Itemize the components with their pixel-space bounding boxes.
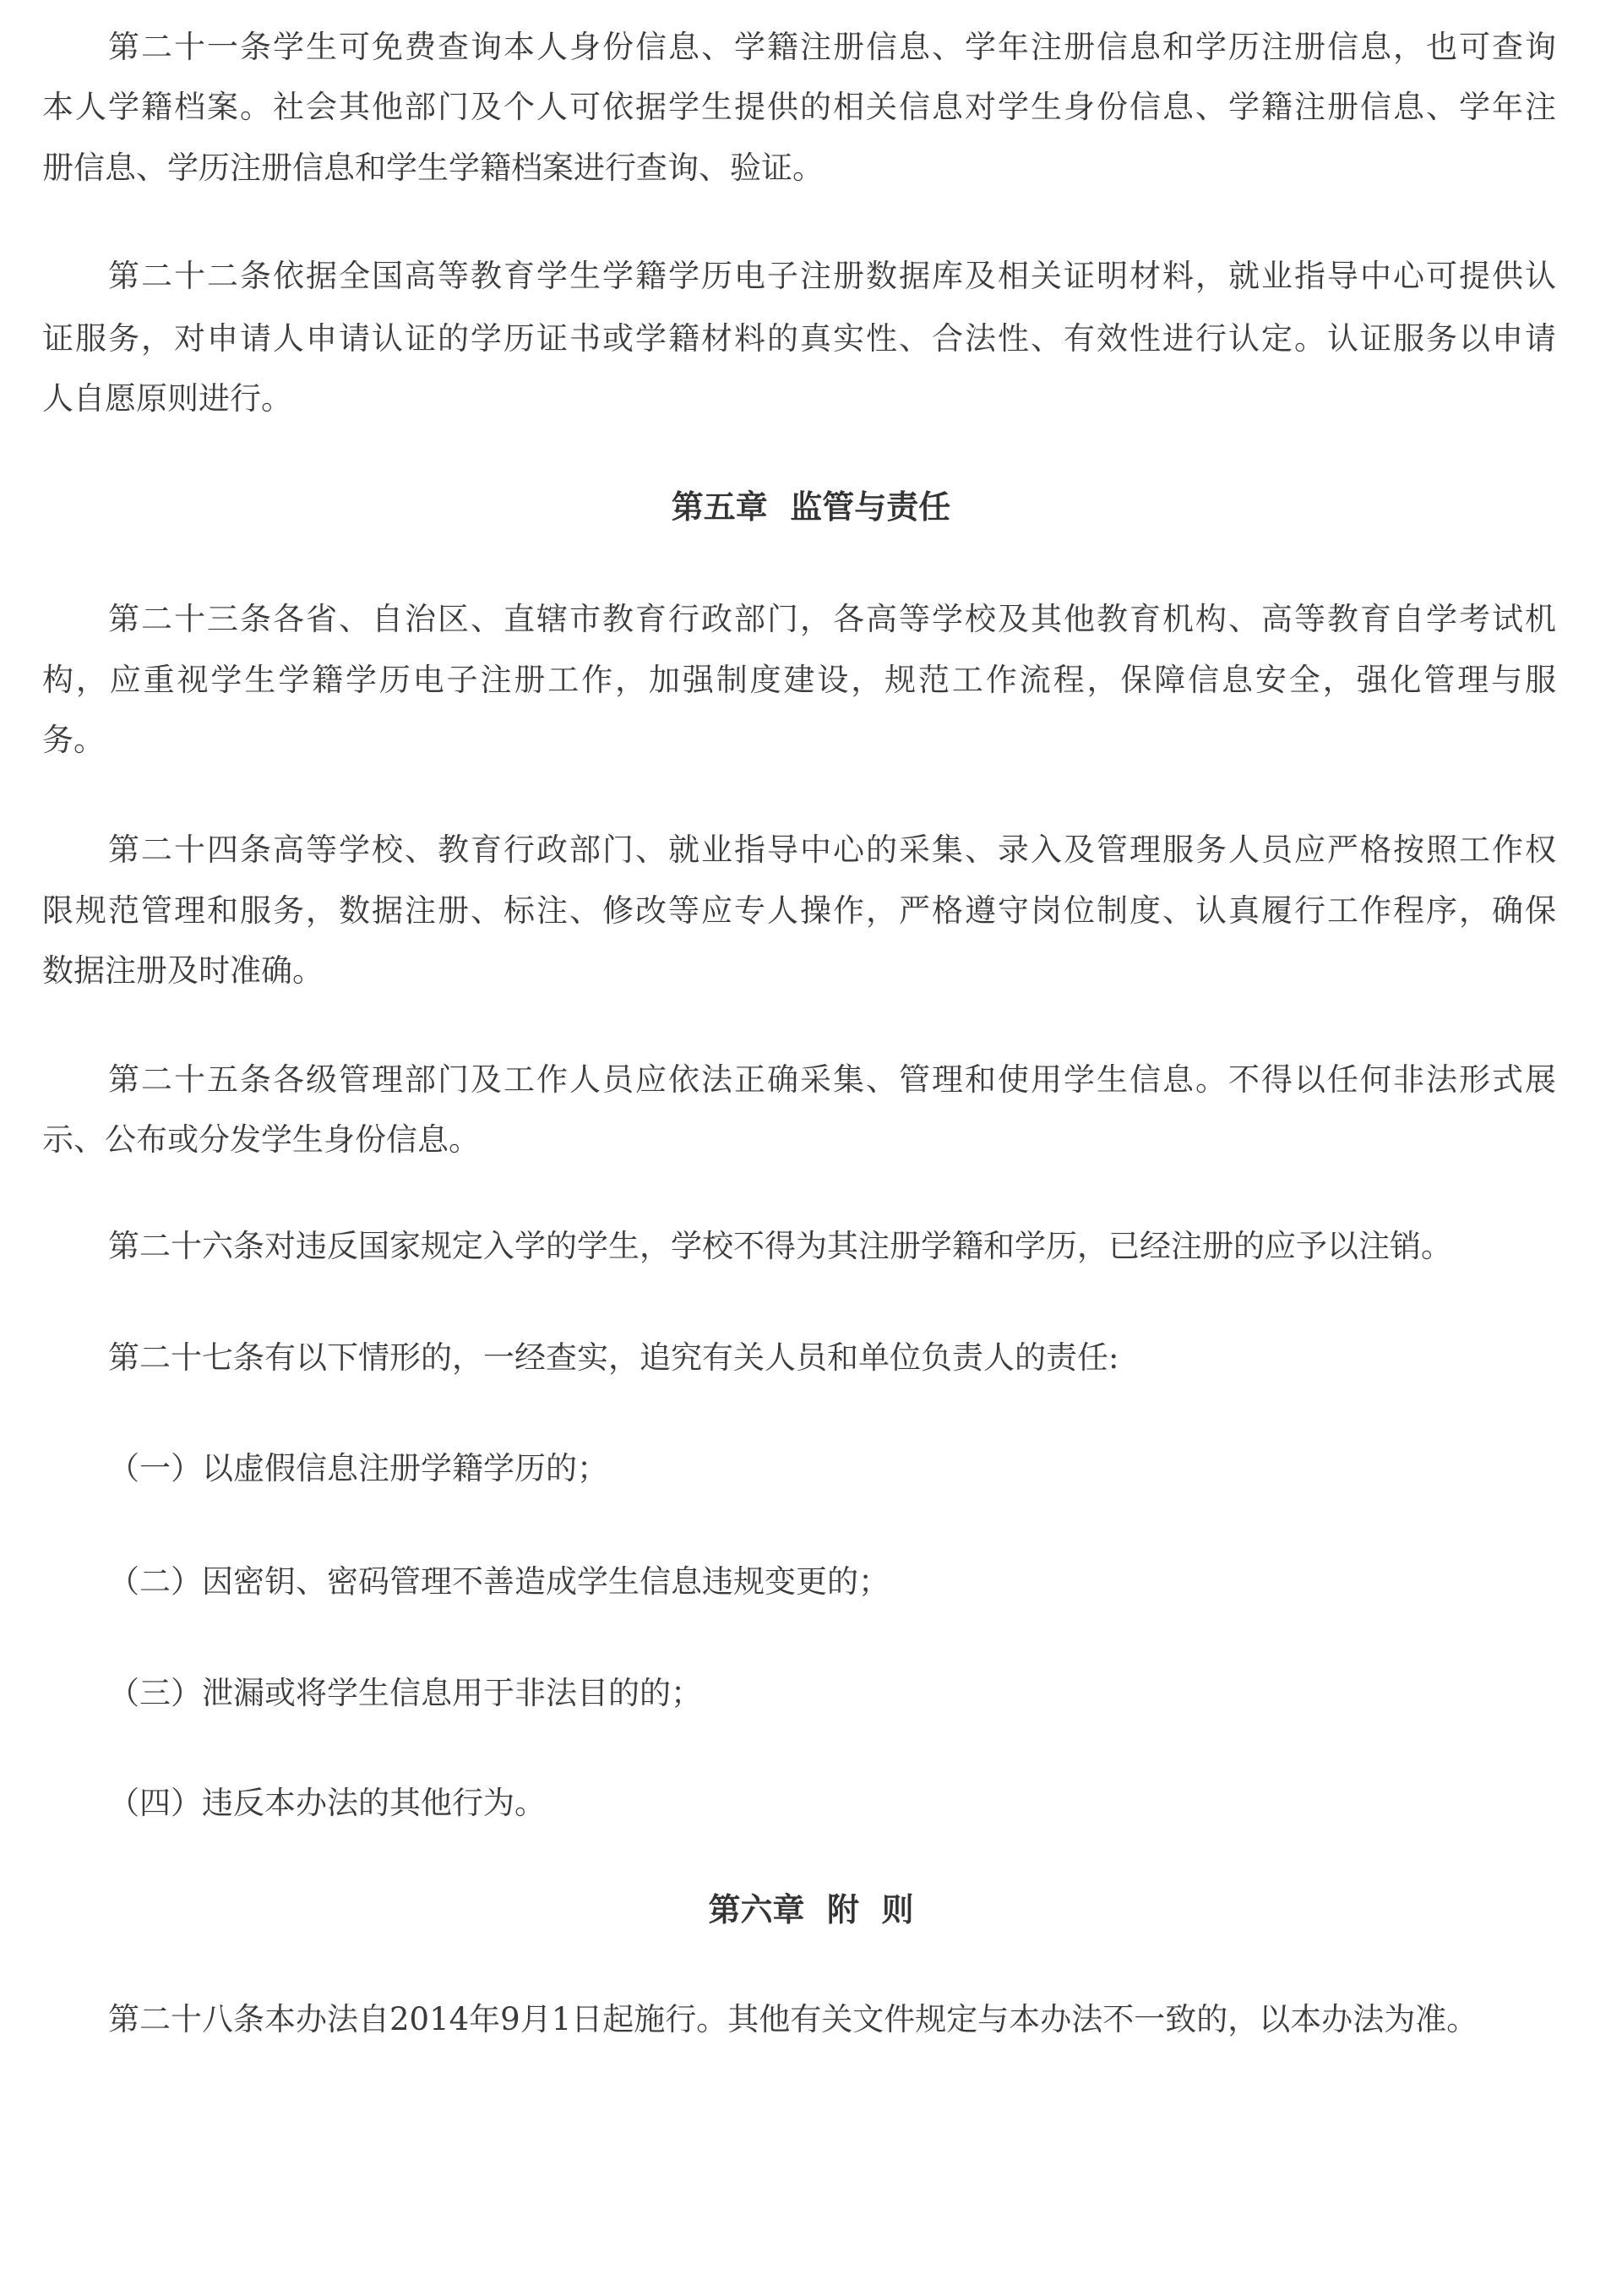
paragraph-line: 人自愿原则进行。 bbox=[42, 379, 1556, 419]
paragraph-line: 示、公布或分发学生身份信息。 bbox=[42, 1120, 1556, 1160]
list-item: （四）违反本办法的其他行为。 bbox=[108, 1783, 1556, 1824]
list-item: （三）泄漏或将学生信息用于非法目的的； bbox=[108, 1673, 1556, 1714]
paragraph-line: 第二十二条依据全国高等教育学生学籍学历电子注册数据库及相关证明材料，就业指导中心… bbox=[108, 256, 1556, 297]
article-28: 第二十八条本办法自2014年9月1日起施行。其他有关文件规定与本办法不一致的，以… bbox=[108, 1999, 1556, 2040]
list-item: （二）因密钥、密码管理不善造成学生信息违规变更的； bbox=[108, 1562, 1556, 1602]
paragraph-line: 第二十五条各级管理部门及工作人员应依法正确采集、管理和使用学生信息。不得以任何非… bbox=[108, 1060, 1556, 1100]
paragraph-line: 限规范管理和服务，数据注册、标注、修改等应专人操作，严格遵守岗位制度、认真履行工… bbox=[42, 891, 1556, 931]
list-item: （一）以虚假信息注册学籍学历的； bbox=[108, 1448, 1556, 1489]
paragraph-line: 构，应重视学生学籍学历电子注册工作，加强制度建设，规范工作流程，保障信息安全，强… bbox=[42, 660, 1556, 701]
paragraph-line: 第二十三条各省、自治区、直辖市教育行政部门，各高等学校及其他教育机构、高等教育自… bbox=[108, 599, 1556, 640]
paragraph-line: 本人学籍档案。社会其他部门及个人可依据学生提供的相关信息对学生身份信息、学籍注册… bbox=[42, 87, 1556, 128]
chapter-heading-5: 第五章 监管与责任 bbox=[0, 487, 1622, 527]
paragraph-line: 册信息、学历注册信息和学生学籍档案进行查询、验证。 bbox=[42, 148, 1556, 188]
chapter-heading-6: 第六章 附 则 bbox=[0, 1890, 1622, 1930]
article-26: 第二十六条对违反国家规定入学的学生，学校不得为其注册学籍和学历，已经注册的应予以… bbox=[108, 1226, 1556, 1267]
paragraph-line: 第二十四条高等学校、教育行政部门、就业指导中心的采集、录入及管理服务人员应严格按… bbox=[108, 830, 1556, 870]
paragraph-line: 数据注册及时准确。 bbox=[42, 951, 1556, 991]
document-page: 第二十一条学生可免费查询本人身份信息、学籍注册信息、学年注册信息和学历注册信息，… bbox=[0, 0, 1622, 2296]
paragraph-line: 务。 bbox=[42, 720, 1556, 761]
article-27: 第二十七条有以下情形的，一经查实，追究有关人员和单位负责人的责任: bbox=[108, 1338, 1556, 1378]
paragraph-line: 第二十一条学生可免费查询本人身份信息、学籍注册信息、学年注册信息和学历注册信息，… bbox=[108, 27, 1556, 68]
paragraph-line: 证服务，对申请人申请认证的学历证书或学籍材料的真实性、合法性、有效性进行认定。认… bbox=[42, 319, 1556, 359]
